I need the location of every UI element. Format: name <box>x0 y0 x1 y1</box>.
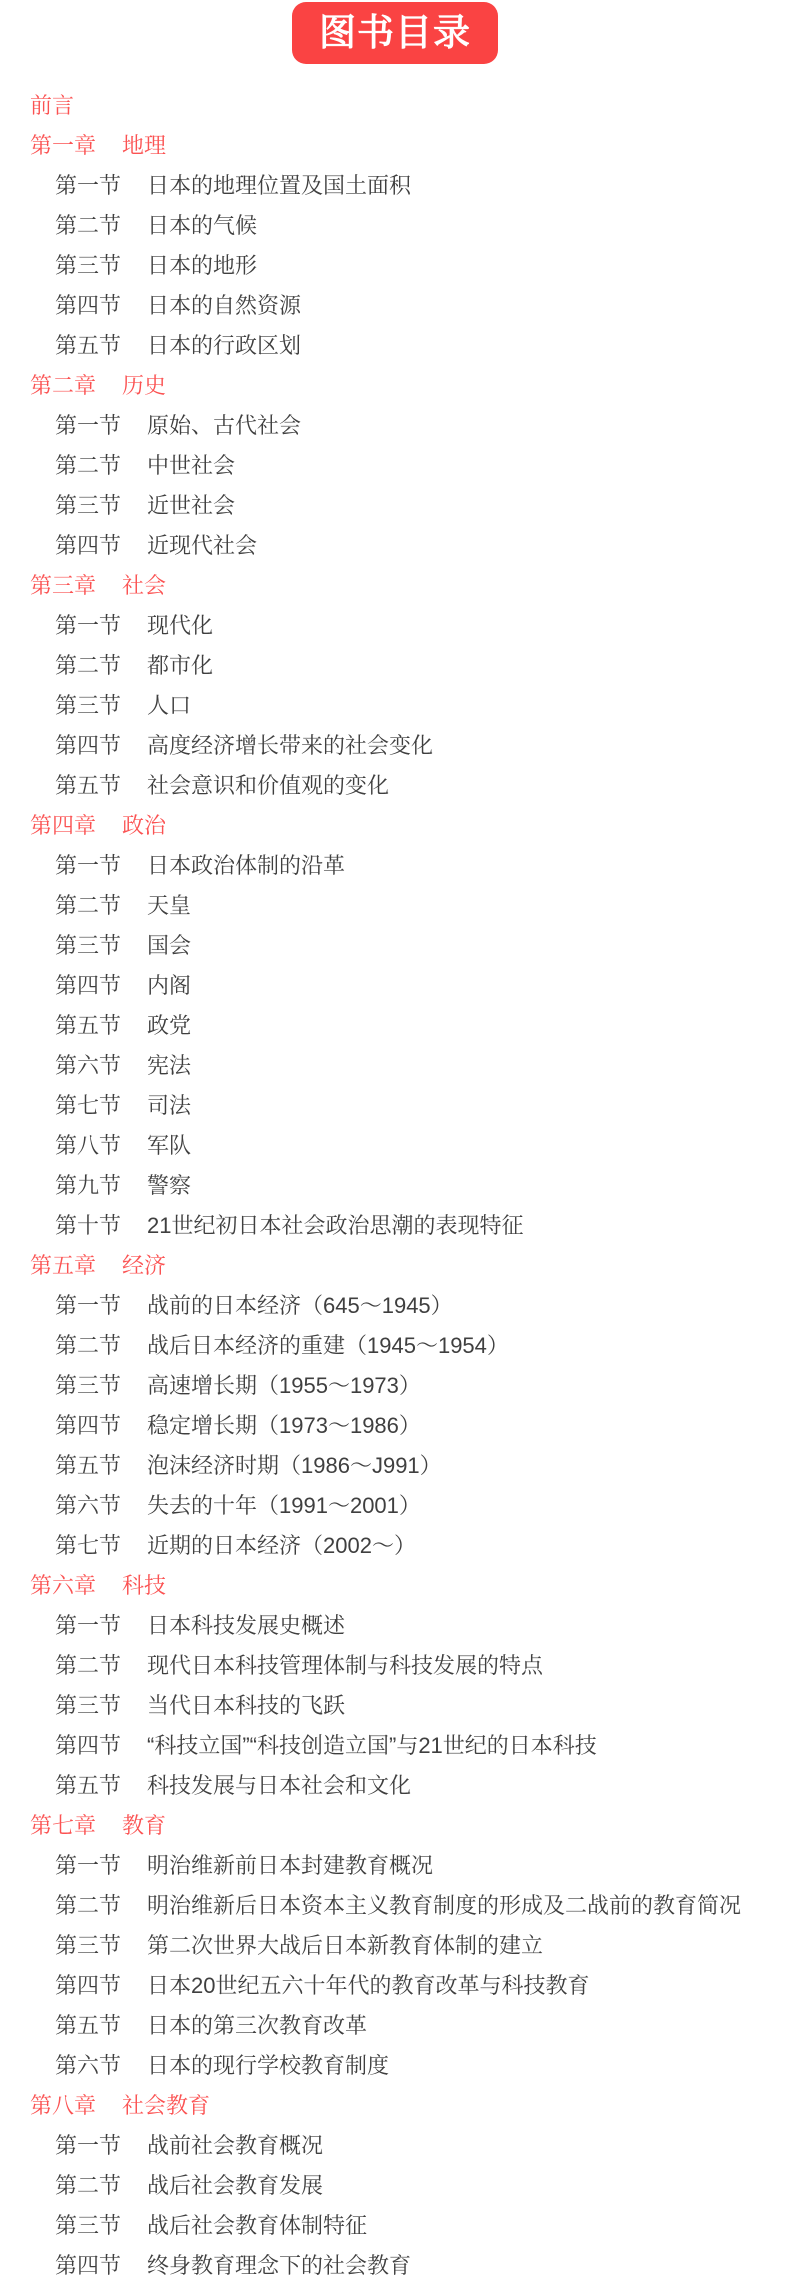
toc-chapter-row: 第四章政治 <box>0 804 790 844</box>
toc-entry-label: 第四章 <box>30 809 96 840</box>
toc-chapter-row: 第三章社会 <box>0 564 790 604</box>
toc-entry-title: 近期的日本经济（2002～） <box>147 1529 416 1560</box>
toc-entry-title: 日本的地形 <box>147 249 257 280</box>
toc-section-row: 第一节明治维新前日本封建教育概况 <box>0 1844 790 1884</box>
toc-entry-label: 第一节 <box>55 1289 121 1320</box>
toc-entry-title: 现代日本科技管理体制与科技发展的特点 <box>147 1649 543 1680</box>
toc-entry-label: 第二节 <box>55 1889 121 1920</box>
toc-entry-title: 科技发展与日本社会和文化 <box>147 1769 411 1800</box>
toc-entry-label: 第七章 <box>30 1809 96 1840</box>
toc-section-row: 第三节第二次世界大战后日本新教育体制的建立 <box>0 1924 790 1964</box>
toc-section-row: 第一节日本科技发展史概述 <box>0 1604 790 1644</box>
toc-section-row: 第四节高度经济增长带来的社会变化 <box>0 724 790 764</box>
toc-entry-label: 第五章 <box>30 1249 96 1280</box>
toc-entry-title: 战前的日本经济（645～1945） <box>147 1289 453 1320</box>
toc-entry-title: 近现代社会 <box>147 529 257 560</box>
toc-entry-title: 警察 <box>147 1169 191 1200</box>
toc-section-row: 第五节日本的第三次教育改革 <box>0 2004 790 2044</box>
toc-entry-title: “科技立国”“科技创造立国”与21世纪的日本科技 <box>147 1729 597 1760</box>
toc-section-row: 第二节战后社会教育发展 <box>0 2164 790 2204</box>
toc-chapter-row: 第二章历史 <box>0 364 790 404</box>
toc-entry-label: 第五节 <box>55 1449 121 1480</box>
toc-entry-title: 战后社会教育体制特征 <box>147 2209 367 2240</box>
toc-entry-label: 第四节 <box>55 969 121 1000</box>
toc-entry-title: 政治 <box>122 809 166 840</box>
toc-entry-title: 高速增长期（1955～1973） <box>147 1369 421 1400</box>
toc-entry-title: 内阁 <box>147 969 191 1000</box>
toc-entry-label: 第三章 <box>30 569 96 600</box>
toc-entry-label: 第一节 <box>55 169 121 200</box>
toc-list: 前言第一章地理第一节日本的地理位置及国土面积第二节日本的气候第三节日本的地形第四… <box>0 84 790 2284</box>
toc-entry-label: 第八节 <box>55 1129 121 1160</box>
toc-entry-label: 第四节 <box>55 1409 121 1440</box>
toc-section-row: 第六节日本的现行学校教育制度 <box>0 2044 790 2084</box>
toc-section-row: 第三节战后社会教育体制特征 <box>0 2204 790 2244</box>
toc-entry-title: 终身教育理念下的社会教育 <box>147 2249 411 2280</box>
toc-section-row: 第四节终身教育理念下的社会教育 <box>0 2244 790 2284</box>
toc-entry-title: 现代化 <box>147 609 213 640</box>
toc-entry-label: 第一节 <box>55 609 121 640</box>
toc-entry-label: 第三节 <box>55 489 121 520</box>
toc-entry-title: 都市化 <box>147 649 213 680</box>
page-title: 图书目录 <box>319 12 471 53</box>
toc-entry-label: 第八章 <box>30 2089 96 2120</box>
toc-entry-label: 第三节 <box>55 1689 121 1720</box>
toc-entry-title: 经济 <box>122 1249 166 1280</box>
toc-entry-title: 日本的地理位置及国土面积 <box>147 169 411 200</box>
toc-entry-title: 社会教育 <box>122 2089 210 2120</box>
toc-section-row: 第五节政党 <box>0 1004 790 1044</box>
toc-entry-title: 军队 <box>147 1129 191 1160</box>
toc-entry-label: 第二节 <box>55 1329 121 1360</box>
toc-entry-title: 明治维新后日本资本主义教育制度的形成及二战前的教育简况 <box>147 1889 741 1920</box>
toc-section-row: 第六节宪法 <box>0 1044 790 1084</box>
toc-section-row: 第五节科技发展与日本社会和文化 <box>0 1764 790 1804</box>
toc-entry-title: 战后日本经济的重建（1945～1954） <box>147 1329 509 1360</box>
toc-entry-label: 第一节 <box>55 1609 121 1640</box>
toc-entry-label: 第九节 <box>55 1169 121 1200</box>
toc-section-row: 第三节近世社会 <box>0 484 790 524</box>
toc-entry-label: 第四节 <box>55 1969 121 2000</box>
toc-entry-title: 21世纪初日本社会政治思潮的表现特征 <box>147 1209 523 1240</box>
toc-entry-label: 第一节 <box>55 1849 121 1880</box>
toc-section-row: 第二节中世社会 <box>0 444 790 484</box>
toc-entry-label: 第六节 <box>55 2049 121 2080</box>
toc-entry-title: 日本的自然资源 <box>147 289 301 320</box>
toc-entry-label: 第一节 <box>55 849 121 880</box>
toc-entry-label: 第五节 <box>55 1009 121 1040</box>
toc-section-row: 第十节21世纪初日本社会政治思潮的表现特征 <box>0 1204 790 1244</box>
toc-section-row: 第一节原始、古代社会 <box>0 404 790 444</box>
toc-entry-title: 地理 <box>122 129 166 160</box>
toc-entry-title: 战前社会教育概况 <box>147 2129 323 2160</box>
toc-section-row: 第二节现代日本科技管理体制与科技发展的特点 <box>0 1644 790 1684</box>
toc-entry-label: 第三节 <box>55 1929 121 1960</box>
toc-entry-label: 第五节 <box>55 769 121 800</box>
toc-section-row: 第一节现代化 <box>0 604 790 644</box>
toc-entry-label: 第二节 <box>55 2169 121 2200</box>
toc-section-row: 第一节日本政治体制的沿革 <box>0 844 790 884</box>
toc-chapter-row: 第五章经济 <box>0 1244 790 1284</box>
toc-section-row: 第三节当代日本科技的飞跃 <box>0 1684 790 1724</box>
toc-entry-label: 第四节 <box>55 1729 121 1760</box>
toc-entry-label: 第四节 <box>55 529 121 560</box>
toc-entry-title: 泡沫经济时期（1986～J991） <box>147 1449 442 1480</box>
toc-entry-label: 第二节 <box>55 449 121 480</box>
toc-entry-label: 第五节 <box>55 329 121 360</box>
page-title-badge: 图书目录 <box>292 2 498 64</box>
toc-entry-label: 第二章 <box>30 369 96 400</box>
toc-entry-label: 第四节 <box>55 2249 121 2280</box>
toc-section-row: 第三节国会 <box>0 924 790 964</box>
toc-entry-title: 日本的行政区划 <box>147 329 301 360</box>
toc-section-row: 第二节都市化 <box>0 644 790 684</box>
toc-entry-title: 中世社会 <box>147 449 235 480</box>
toc-entry-label: 第四节 <box>55 289 121 320</box>
toc-section-row: 第四节近现代社会 <box>0 524 790 564</box>
toc-entry-label: 第六节 <box>55 1049 121 1080</box>
toc-entry-title: 失去的十年（1991～2001） <box>147 1489 421 1520</box>
toc-entry-title: 政党 <box>147 1009 191 1040</box>
toc-entry-title: 教育 <box>122 1809 166 1840</box>
toc-entry-title: 社会 <box>122 569 166 600</box>
toc-entry-title: 日本的第三次教育改革 <box>147 2009 367 2040</box>
toc-section-row: 第七节近期的日本经济（2002～） <box>0 1524 790 1564</box>
toc-section-row: 第四节日本的自然资源 <box>0 284 790 324</box>
toc-entry-title: 宪法 <box>147 1049 191 1080</box>
toc-entry-label: 第三节 <box>55 1369 121 1400</box>
toc-entry-label: 第二节 <box>55 649 121 680</box>
toc-section-row: 第二节明治维新后日本资本主义教育制度的形成及二战前的教育简况 <box>0 1884 790 1924</box>
toc-entry-label: 第七节 <box>55 1089 121 1120</box>
toc-entry-label: 第一节 <box>55 2129 121 2160</box>
toc-entry-label: 第六章 <box>30 1569 96 1600</box>
toc-entry-title: 原始、古代社会 <box>147 409 301 440</box>
toc-chapter-row: 第六章科技 <box>0 1564 790 1604</box>
toc-preface-row: 前言 <box>0 84 790 124</box>
toc-entry-title: 日本的现行学校教育制度 <box>147 2049 389 2080</box>
toc-chapter-row: 第八章社会教育 <box>0 2084 790 2124</box>
toc-section-row: 第五节泡沫经济时期（1986～J991） <box>0 1444 790 1484</box>
toc-section-row: 第五节社会意识和价值观的变化 <box>0 764 790 804</box>
toc-entry-title: 社会意识和价值观的变化 <box>147 769 389 800</box>
toc-entry-label: 第二节 <box>55 889 121 920</box>
toc-section-row: 第八节军队 <box>0 1124 790 1164</box>
toc-section-row: 第三节人口 <box>0 684 790 724</box>
toc-entry-label: 第三节 <box>55 929 121 960</box>
toc-section-row: 第四节日本20世纪五六十年代的教育改革与科技教育 <box>0 1964 790 2004</box>
toc-entry-title: 司法 <box>147 1089 191 1120</box>
toc-entry-label: 第三节 <box>55 2209 121 2240</box>
toc-entry-label: 第四节 <box>55 729 121 760</box>
toc-section-row: 第一节战前的日本经济（645～1945） <box>0 1284 790 1324</box>
toc-entry-label: 第六节 <box>55 1489 121 1520</box>
toc-section-row: 第四节稳定增长期（1973～1986） <box>0 1404 790 1444</box>
toc-section-row: 第四节“科技立国”“科技创造立国”与21世纪的日本科技 <box>0 1724 790 1764</box>
toc-section-row: 第七节司法 <box>0 1084 790 1124</box>
toc-entry-label: 第二节 <box>55 1649 121 1680</box>
toc-entry-title: 日本的气候 <box>147 209 257 240</box>
toc-entry-title: 日本20世纪五六十年代的教育改革与科技教育 <box>147 1969 589 2000</box>
toc-section-row: 第三节高速增长期（1955～1973） <box>0 1364 790 1404</box>
toc-section-row: 第四节内阁 <box>0 964 790 1004</box>
toc-entry-title: 国会 <box>147 929 191 960</box>
toc-entry-title: 第二次世界大战后日本新教育体制的建立 <box>147 1929 543 1960</box>
toc-entry-title: 日本科技发展史概述 <box>147 1609 345 1640</box>
toc-entry-title: 天皇 <box>147 889 191 920</box>
toc-chapter-row: 第一章地理 <box>0 124 790 164</box>
toc-section-row: 第二节战后日本经济的重建（1945～1954） <box>0 1324 790 1364</box>
toc-section-row: 第九节警察 <box>0 1164 790 1204</box>
toc-section-row: 第一节战前社会教育概况 <box>0 2124 790 2164</box>
toc-entry-label: 第七节 <box>55 1529 121 1560</box>
toc-entry-label: 第五节 <box>55 1769 121 1800</box>
toc-entry-title: 当代日本科技的飞跃 <box>147 1689 345 1720</box>
toc-entry-label: 第五节 <box>55 2009 121 2040</box>
toc-section-row: 第二节日本的气候 <box>0 204 790 244</box>
toc-entry-label: 第一节 <box>55 409 121 440</box>
toc-entry-title: 稳定增长期（1973～1986） <box>147 1409 421 1440</box>
toc-section-row: 第六节失去的十年（1991～2001） <box>0 1484 790 1524</box>
toc-section-row: 第二节天皇 <box>0 884 790 924</box>
toc-entry-title: 近世社会 <box>147 489 235 520</box>
toc-entry-title: 高度经济增长带来的社会变化 <box>147 729 433 760</box>
toc-entry-title: 明治维新前日本封建教育概况 <box>147 1849 433 1880</box>
toc-section-row: 第一节日本的地理位置及国土面积 <box>0 164 790 204</box>
toc-entry-title: 科技 <box>122 1569 166 1600</box>
toc-entry-label: 第三节 <box>55 689 121 720</box>
toc-entry-label: 前言 <box>30 89 74 120</box>
toc-entry-title: 战后社会教育发展 <box>147 2169 323 2200</box>
toc-section-row: 第三节日本的地形 <box>0 244 790 284</box>
toc-entry-title: 日本政治体制的沿革 <box>147 849 345 880</box>
toc-entry-label: 第一章 <box>30 129 96 160</box>
toc-chapter-row: 第七章教育 <box>0 1804 790 1844</box>
toc-section-row: 第五节日本的行政区划 <box>0 324 790 364</box>
toc-entry-label: 第十节 <box>55 1209 121 1240</box>
toc-entry-label: 第三节 <box>55 249 121 280</box>
toc-entry-label: 第二节 <box>55 209 121 240</box>
toc-entry-title: 历史 <box>122 369 166 400</box>
toc-entry-title: 人口 <box>147 689 191 720</box>
